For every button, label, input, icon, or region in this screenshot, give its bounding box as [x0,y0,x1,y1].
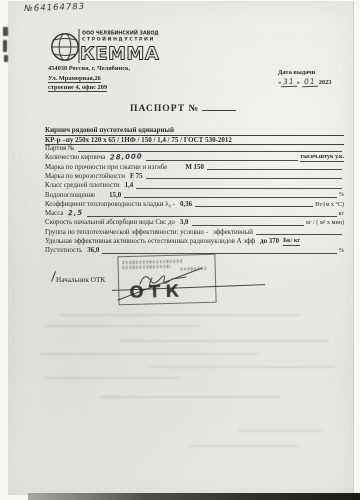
address-line3: строение 4, офис 209 [48,84,107,92]
scanned-passport-document: №64164783 ООО ЧЕЛЯБИНСКИЙ ЗАВОД СТРОЙИНД… [0,0,360,500]
document-title: ПАСПОРТ № [130,102,236,114]
issue-year: 2023 [319,79,332,86]
globe-icon [52,29,79,63]
field-row-density-class: Класс средней плотности 1,4 [45,182,344,190]
address-line2: Ул. Мраморная,26 [48,75,101,83]
quote-close: » [297,79,300,86]
field-row-strength-grade: Марка по прочности при сжатии и изгибе М… [45,164,344,172]
field-row-frost-grade: Марка по морозостойкости F 75 [45,173,344,181]
field-row-thermal-conductivity: Коэффициент теплопроводности кладки λ₀ -… [45,201,344,209]
scan-smudge [4,55,8,62]
field-row-mass: Масса 2,5 кг [45,210,344,218]
handwritten-mass: 2,5 [68,210,83,218]
issue-date-label: Дата выдачи [278,68,332,77]
product-spec: КР-р –пу 250х 120 х 65 / 1НФ / 150 / 1,4… [45,136,344,146]
field-row-quantity: Количество кирпича 28,000 тысяч.штук у.к… [45,154,344,162]
brand-wordmark: КЕММА [80,44,159,65]
scanner-edge-band [28,493,360,500]
passport-label: ПАСПОРТ № [130,103,199,114]
product-name: Кирпич рядовой пустотелый одинарный [45,126,344,136]
scan-smudge [3,40,7,52]
handwritten-signature [106,254,281,304]
scan-smudge [3,27,8,36]
handwritten-day: 31 [281,77,297,88]
company-name-line1: ООО ЧЕЛЯБИНСКИЙ ЗАВОД [82,29,159,37]
field-row-batch: Партия № [45,145,344,153]
passport-number-blank [202,102,236,111]
company-address: 454038 Россия, г. Челябинск, Ул. Мраморн… [48,64,130,93]
field-row-absorption-rate: Скорость начальной абсорбции воды Свс до… [45,219,344,227]
field-row-water-absorption: Водопоглощение 15,0 % [45,192,344,200]
signature-label: Начальник ОТК [56,276,105,284]
issue-date-value: «31» 01 2023 [278,77,332,87]
address-line1: 454038 Россия, г. Челябинск, [48,64,130,74]
company-logo: ООО ЧЕЛЯБИНСКИЙ ЗАВОД СТРОЙИНДУСТРИИ КЕМ… [50,26,168,66]
field-row-radionuclides: Удельная эффективная активность естестве… [45,238,344,246]
handwritten-quantity: 28,000 [110,154,143,163]
handwritten-month: 01 [301,77,317,88]
handwritten-serial-number: №64164783 [24,2,85,14]
field-row-thermal-efficiency: Группа по теплотехнической эффективности… [45,229,344,237]
issue-date-block: Дата выдачи «31» 01 2023 [278,68,332,87]
